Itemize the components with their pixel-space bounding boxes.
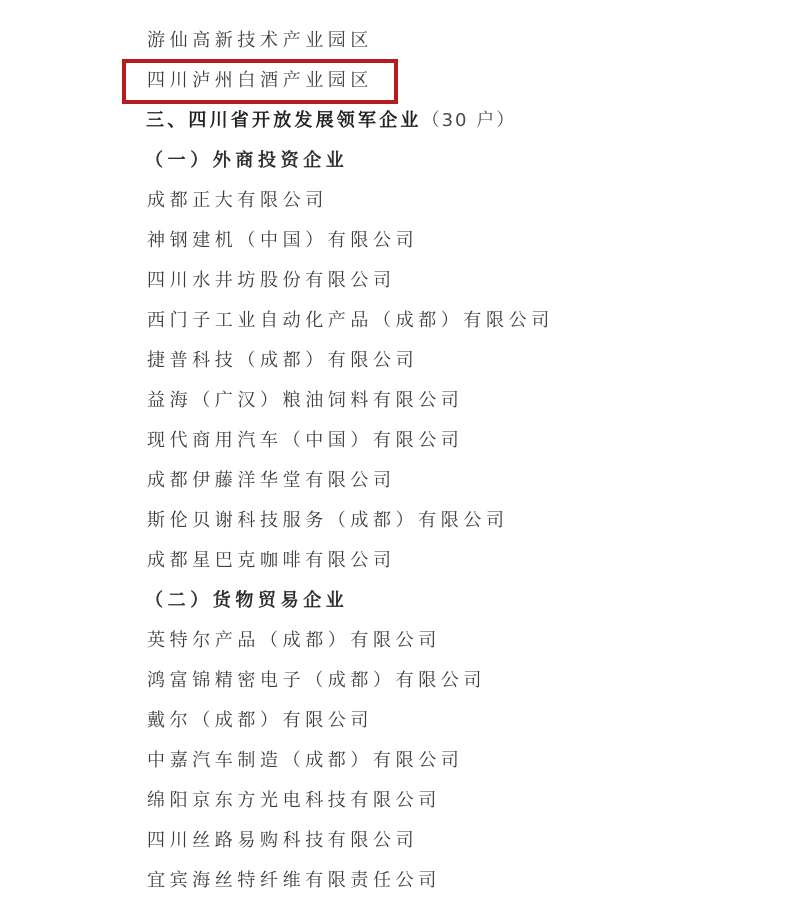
list-item-company: 斯伦贝谢科技服务（成都）有限公司 <box>147 501 787 541</box>
list-item-park-highlighted: 四川泸州白酒产业园区 <box>147 61 787 101</box>
list-item-company: 宜宾海丝特纤维有限责任公司 <box>147 861 787 901</box>
list-item-company: 益海（广汉）粮油饲料有限公司 <box>147 381 787 421</box>
list-item-company: 戴尔（成都）有限公司 <box>147 701 787 741</box>
list-item-company: 西门子工业自动化产品（成都）有限公司 <box>147 301 787 341</box>
section-heading-title: 三、四川省开放发展领军企业 <box>146 110 422 131</box>
list-item-park: 游仙高新技术产业园区 <box>147 21 787 61</box>
list-item-company: 捷普科技（成都）有限公司 <box>147 341 787 381</box>
list-item-company: 四川丝路易购科技有限公司 <box>147 821 787 861</box>
list-item-company: 英特尔产品（成都）有限公司 <box>147 621 787 661</box>
list-item-company: 鸿富锦精密电子（成都）有限公司 <box>147 661 787 701</box>
list-item-company: 神钢建机（中国）有限公司 <box>147 221 787 261</box>
list-item-company: 现代商用汽车（中国）有限公司 <box>147 421 787 461</box>
section-heading: 三、四川省开放发展领军企业（30 户） <box>146 101 787 141</box>
section-heading-count: （30 户） <box>422 110 517 131</box>
list-item-company: 成都星巴克咖啡有限公司 <box>147 541 787 581</box>
list-item-company: 成都伊藤洋华堂有限公司 <box>147 461 787 501</box>
subsection-heading-foreign-investment: （一）外商投资企业 <box>145 141 787 181</box>
list-item-company: 成都正大有限公司 <box>147 181 787 221</box>
list-item-company: 中嘉汽车制造（成都）有限公司 <box>147 741 787 781</box>
subsection-heading-goods-trade: （二）货物贸易企业 <box>145 581 787 621</box>
list-item-company: 四川水井坊股份有限公司 <box>147 261 787 301</box>
list-item-company: 绵阳京东方光电科技有限公司 <box>147 781 787 821</box>
document-body: 游仙高新技术产业园区 四川泸州白酒产业园区 三、四川省开放发展领军企业（30 户… <box>147 21 787 901</box>
